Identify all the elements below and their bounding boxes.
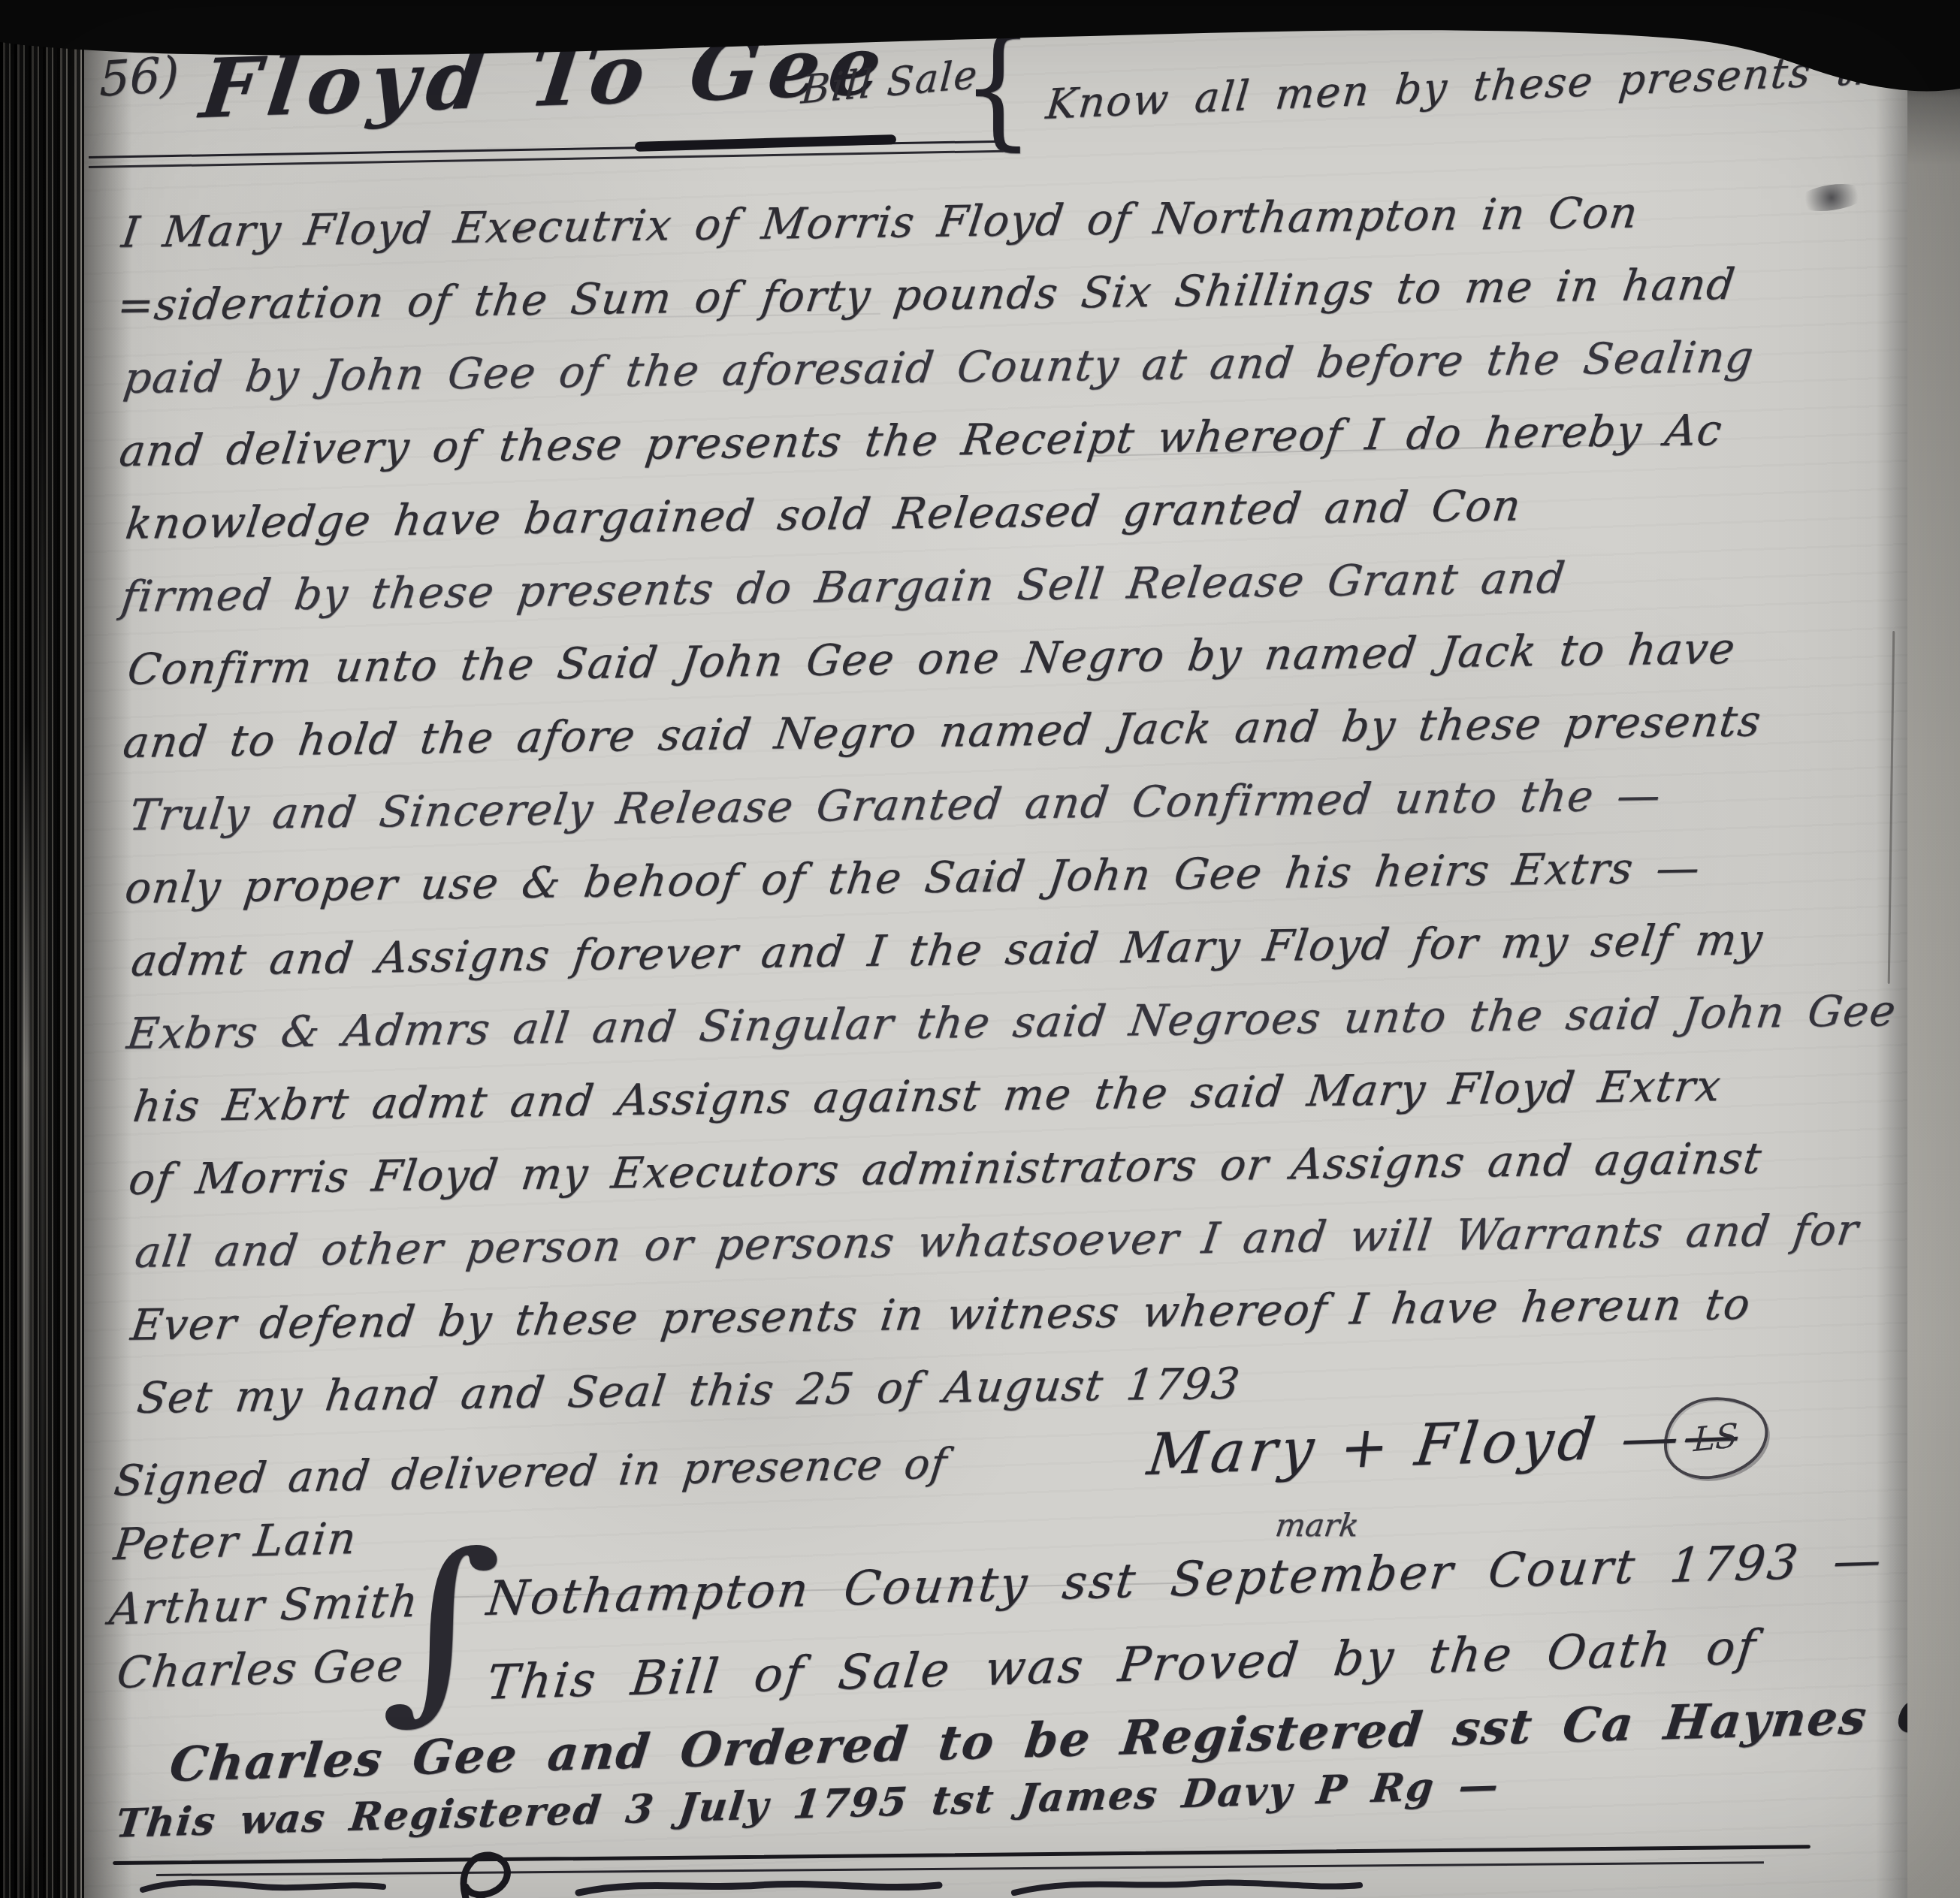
deed-body: I Mary Floyd Executrix of Morris Floyd o… [111, 174, 1896, 1435]
seal-label: LS [1693, 1416, 1739, 1459]
witness-brace-icon: ∫ [380, 1496, 503, 1757]
witness-name: Charles Gee [114, 1640, 407, 1698]
scan-top-edge [0, 0, 1960, 105]
mark-label: mark [1273, 1507, 1361, 1543]
scanned-register-page: 56) Floyd To Gee Bill Sale { Know all me… [0, 0, 1960, 1898]
right-edge-shadow [1876, 0, 1907, 1898]
witness-name: Arthur Smith [107, 1575, 421, 1634]
next-entry-cutoff-handwriting [113, 1818, 1540, 1898]
page-right-edge [1907, 0, 1960, 1898]
witness-name: Peter Lain [111, 1513, 360, 1571]
binding-shadow [84, 0, 132, 1898]
page-edge-highlight [23, 721, 30, 1893]
page-edge-highlight [41, 315, 45, 1863]
